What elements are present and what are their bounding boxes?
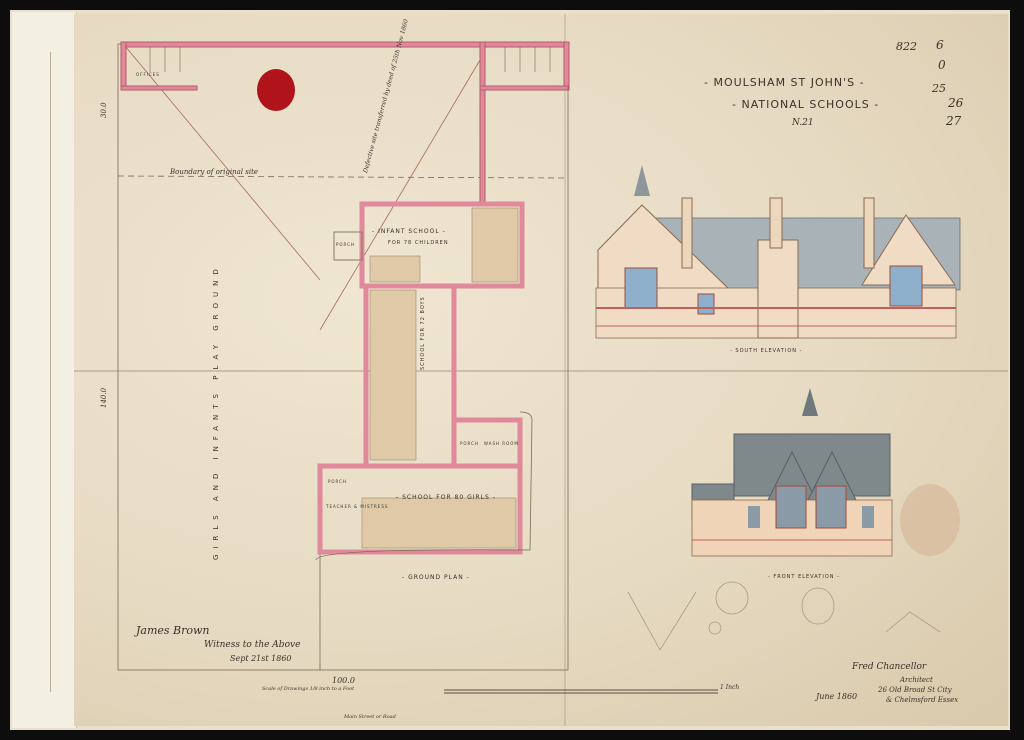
porch-label-boys: PORCH <box>460 441 479 446</box>
playground-label: GIRLS AND INFANTS PLAY GROUND <box>212 263 220 560</box>
offices-label: OFFICES <box>136 72 160 77</box>
scale-bar-label: 1 Inch <box>720 684 739 691</box>
infant-school-label: - INFANT SCHOOL - <box>372 228 446 235</box>
archive-fraction-4: 26 <box>948 96 963 110</box>
archive-fraction-5: 27 <box>946 114 961 128</box>
witness-signature: James Brown <box>136 624 210 637</box>
archive-fraction-1: 6 <box>936 38 944 52</box>
south-elevation-label: - SOUTH ELEVATION - <box>730 348 802 354</box>
archive-fraction-3: 25 <box>932 82 946 95</box>
architect-address-2: & Chelmsford Essex <box>886 696 958 704</box>
architect-signature: Fred Chancellor <box>852 662 926 672</box>
architect-title: Architect <box>900 676 933 684</box>
girls-school-label: - SCHOOL FOR 80 GIRLS - <box>396 494 496 501</box>
boundary-label: Boundary of original site <box>170 168 258 176</box>
main-road-label: Main Street or Road <box>344 714 396 720</box>
ground-plan-label: - GROUND PLAN - <box>402 574 470 581</box>
site-plan <box>118 44 568 670</box>
witness-date: Sept 21st 1860 <box>230 654 292 663</box>
privies <box>150 47 550 72</box>
front-elevation-drawing <box>692 388 960 556</box>
dimension-mid: 140.0 <box>100 388 108 408</box>
architect-address-1: 26 Old Broad St City <box>878 686 952 694</box>
infant-capacity-label: FOR 78 CHILDREN <box>388 240 449 246</box>
porch-label-girls: PORCH <box>328 479 347 484</box>
dimension-bottom: 100.0 <box>332 676 355 685</box>
dimension-top: 30.0 <box>100 102 108 118</box>
south-elevation-drawing <box>596 165 960 338</box>
porch-label: PORCH <box>336 242 355 247</box>
front-elevation-label: - FRONT ELEVATION - <box>768 574 840 580</box>
tree-wash <box>900 484 960 556</box>
wash-room-label: WASH ROOM <box>484 441 519 446</box>
witness-role: Witness to the Above <box>204 640 300 650</box>
architect-date: June 1860 <box>816 692 857 701</box>
archive-ref: 822 <box>896 40 917 53</box>
archive-fraction-2: 0 <box>938 58 946 72</box>
scale-bar <box>444 690 718 693</box>
title-line-1: - MOULSHAM ST JOHN'S - <box>704 76 865 89</box>
pencil-sketches <box>628 582 940 650</box>
boys-school-label: SCHOOL FOR 72 BOYS <box>420 296 426 370</box>
scale-note: Scale of Drawings 1/8 inch to a Foot <box>262 686 354 692</box>
wax-seal <box>257 69 295 111</box>
teacher-room-label: TEACHER & MISTRESS <box>326 504 388 509</box>
title-line-2: - NATIONAL SCHOOLS - <box>732 98 879 111</box>
drawing-ref: N.21 <box>792 118 814 128</box>
